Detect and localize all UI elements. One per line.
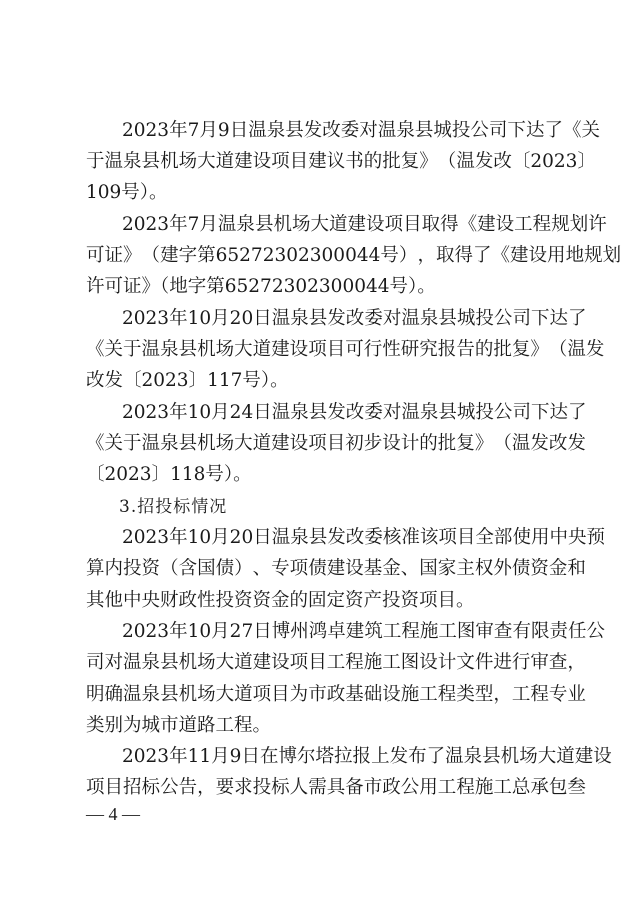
paragraph-5-line-2: 算内投资（含国债）、专项债建设基金、国家主权外债资金和 <box>86 554 554 584</box>
paragraph-5-line-1: 2023年10月20日温泉县发改委核准该项目全部使用中央预 <box>122 523 554 553</box>
paragraph-5-line-3: 其他中央财政性投资资金的固定资产投资项目。 <box>86 586 554 616</box>
paragraph-4-line-2: 《关于温泉县机场大道建设项目初步设计的批复》（温发改发 <box>86 429 554 459</box>
paragraph-4-line-1: 2023年10月24日温泉县发改委对温泉县城投公司下达了 <box>122 398 554 428</box>
paragraph-4-line-3: 〔2023〕118号）。 <box>86 460 554 490</box>
paragraph-1-line-2: 于温泉县机场大道建设项目建议书的批复》（温发改〔2023〕 <box>86 147 554 177</box>
paragraph-6-line-4: 类别为城市道路工程。 <box>86 711 554 741</box>
paragraph-2-line-1: 2023年7月温泉县机场大道建设项目取得《建设工程规划许 <box>122 210 554 240</box>
document-page: 2023年7月9日温泉县发改委对温泉县城投公司下达了《关 于温泉县机场大道建设项… <box>0 0 637 903</box>
paragraph-3-line-2: 《关于温泉县机场大道建设项目可行性研究报告的批复》（温发 <box>86 335 554 365</box>
paragraph-1-line-1: 2023年7月9日温泉县发改委对温泉县城投公司下达了《关 <box>122 116 554 146</box>
paragraph-1-line-3: 109号）。 <box>86 178 554 208</box>
paragraph-7-line-2: 项目招标公告，要求投标人需具备市政公用工程施工总承包叁 <box>86 773 554 803</box>
section-heading: 3.招投标情况 <box>119 492 319 522</box>
paragraph-3-line-1: 2023年10月20日温泉县发改委对温泉县城投公司下达了 <box>122 304 554 334</box>
paragraph-3-line-3: 改发〔2023〕117号）。 <box>86 366 554 396</box>
paragraph-2-line-3: 许可证》（地字第65272302300044号）。 <box>86 272 554 302</box>
page-number: — 4 — <box>86 802 140 826</box>
paragraph-2-line-2: 可证》（建字第65272302300044号），取得了《建设用地规划 <box>86 241 554 271</box>
paragraph-6-line-3: 明确温泉县机场大道项目为市政基础设施工程类型，工程专业 <box>86 680 554 710</box>
paragraph-6-line-2: 司对温泉县机场大道建设项目工程施工图设计文件进行审查， <box>86 648 554 678</box>
paragraph-6-line-1: 2023年10月27日博州鸿卓建筑工程施工图审查有限责任公 <box>122 617 554 647</box>
paragraph-7-line-1: 2023年11月9日在博尔塔拉报上发布了温泉县机场大道建设 <box>122 742 554 772</box>
